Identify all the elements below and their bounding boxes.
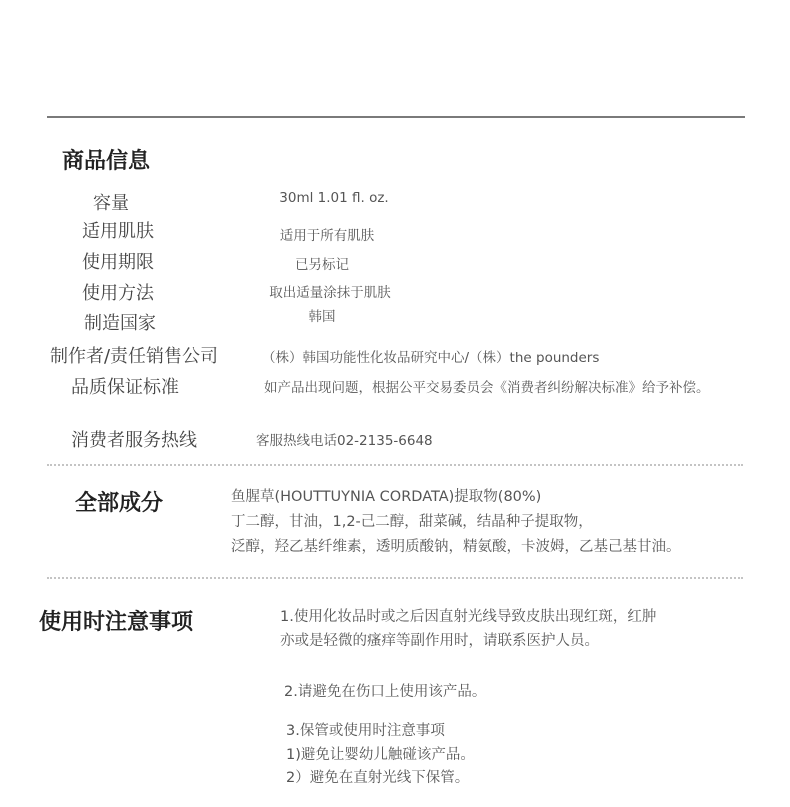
caution-item-1-line-2: 亦或是轻微的瘙痒等副作用时，请联系医护人员。	[280, 630, 599, 652]
spec-value-expiry: 已另标记	[295, 253, 349, 273]
spec-value-capacity: 30ml 1.01 fl. oz.	[279, 190, 388, 206]
caution-item-2: 2.请避免在伤口上使用该产品。	[284, 681, 486, 703]
ingredient-line-2: 丁二醇，甘油，1,2-己二醇，甜菜碱，结晶种子提取物，	[231, 510, 593, 535]
spec-value-skin-type: 适用于所有肌肤	[280, 224, 375, 244]
spec-value-usage: 取出适量涂抹于肌肤	[269, 281, 391, 301]
top-divider	[47, 116, 745, 118]
ingredient-line-3: 泛醇，羟乙基纤维素，透明质酸钠，精氨酸，卡波姆，乙基己基甘油。	[231, 535, 681, 560]
cautions-title: 使用时注意事项	[39, 605, 193, 636]
spec-value-quality-standard: 如产品出现问题，根据公平交易委员会《消费者纠纷解决标准》给予补偿。	[264, 376, 710, 396]
section-divider-2	[47, 577, 743, 579]
product-info-title: 商品信息	[62, 144, 150, 175]
spec-label-hotline: 消费者服务热线	[71, 426, 197, 452]
ingredient-line-1: 鱼腥草(HOUTTUYNIA CORDATA)提取物(80%)	[231, 485, 541, 510]
spec-label-expiry: 使用期限	[82, 248, 154, 274]
section-divider-1	[47, 464, 743, 466]
spec-label-quality-standard: 品质保证标准	[71, 373, 179, 399]
spec-value-hotline: 客服热线电话02-2135-6648	[256, 429, 433, 449]
spec-value-manufacturer: （株）韩国功能性化妆品研究中心/（株）the pounders	[262, 346, 599, 366]
caution-item-3-line-1: 3.保管或使用时注意事项	[286, 720, 445, 742]
spec-label-manufacturer: 制作者/责任销售公司	[50, 342, 218, 368]
caution-item-1-line-1: 1.使用化妆品时或之后因直射光线导致皮肤出现红斑，红肿	[280, 606, 656, 628]
caution-item-3-line-3: 2）避免在直射光线下保管。	[286, 767, 469, 789]
spec-label-skin-type: 适用肌肤	[82, 217, 154, 243]
ingredients-title: 全部成分	[75, 486, 163, 517]
caution-item-3-line-2: 1)避免让婴幼儿触碰该产品。	[286, 744, 475, 766]
spec-label-usage: 使用方法	[82, 279, 154, 305]
spec-value-origin: 韩国	[309, 305, 336, 325]
spec-label-capacity: 容量	[93, 189, 129, 215]
spec-label-origin: 制造国家	[84, 309, 156, 335]
